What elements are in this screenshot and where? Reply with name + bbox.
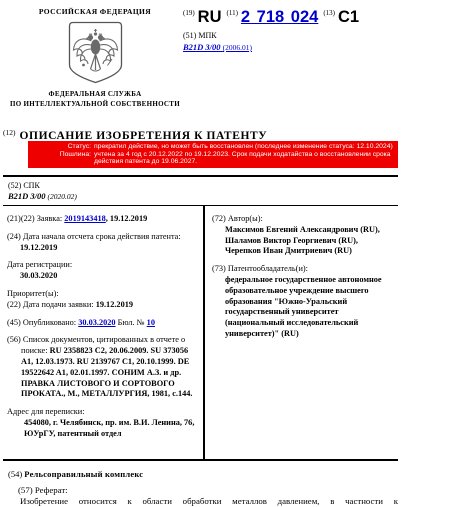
- field-73-label: (73): [212, 264, 226, 273]
- bibliographic-left-column: (21)(22) Заявка: 2019143418, 19.12.2019 …: [7, 214, 201, 440]
- authors-label: Автор(ы):: [228, 214, 263, 223]
- cpc-section-label: (52) СПК: [8, 181, 77, 191]
- ipc-code: B21D 3/00: [183, 42, 221, 52]
- author-name: Максимов Евгений Александрович (RU),: [225, 225, 394, 236]
- publication-date-link[interactable]: 30.03.2020: [78, 318, 115, 327]
- field-13-label: (13): [323, 8, 335, 17]
- coat-of-arms-icon: [68, 21, 123, 84]
- term-start-row: (24) Дата начала отсчета срока действия …: [7, 232, 201, 254]
- bibliographic-right-column: (72) Автор(ы): Максимов Евгений Александ…: [212, 214, 394, 340]
- priority-row: Приоритет(ы): (22) Дата подачи заявки: 1…: [7, 289, 201, 311]
- abstract-heading: (57) Реферат:: [18, 485, 68, 495]
- application-date: , 19.12.2019: [106, 214, 147, 223]
- separator-line: [3, 175, 398, 177]
- field-19-label: (19): [183, 8, 195, 17]
- patent-holder-row: (73) Патентообладатель(и): федеральное г…: [212, 264, 394, 340]
- cpc-version: (2020.02): [48, 192, 77, 201]
- patent-holder-name: федеральное государственное автономное о…: [225, 275, 394, 340]
- status-text: прекратил действие, но может быть восста…: [94, 143, 395, 151]
- application-number-link[interactable]: 2019143418: [64, 214, 105, 223]
- publication-row: (45) Опубликовано: 30.03.2020 Бюл. № 10: [7, 318, 201, 329]
- field-56-label: (56): [7, 335, 21, 344]
- country-name: РОССИЙСКАЯ ФЕДЕРАЦИЯ: [0, 7, 190, 16]
- patent-holder-label: Патентообладатель(и):: [228, 264, 308, 273]
- correspondence-label: Адрес для переписки:: [7, 407, 201, 418]
- correspondence-row: Адрес для переписки: 454080, г. Челябинс…: [7, 407, 201, 439]
- application-label: Заявка:: [37, 214, 62, 223]
- status-row: Статус: прекратил действие, но может быт…: [28, 143, 395, 151]
- publication-number-line: (19) RU (11) 2 718 024 (13) C1: [183, 8, 359, 27]
- kind-code: C1: [338, 8, 359, 27]
- published-label: Опубликовано:: [23, 318, 76, 327]
- agency-name: ФЕДЕРАЛЬНАЯ СЛУЖБА ПО ИНТЕЛЛЕКТУАЛЬНОЙ С…: [0, 90, 190, 109]
- column-divider: [203, 206, 205, 459]
- patent-document: РОССИЙСКАЯ ФЕДЕРАЦИЯ: [0, 0, 455, 507]
- agency-name-line2: ПО ИНТЕЛЛЕКТУАЛЬНОЙ СОБСТВЕННОСТИ: [0, 100, 190, 110]
- bulletin-label: Бюл. №: [118, 318, 145, 327]
- filing-date: 19.12.2019: [96, 300, 133, 309]
- issuing-authority: РОССИЙСКАЯ ФЕДЕРАЦИЯ: [0, 7, 190, 109]
- status-banner: Статус: прекратил действие, но может быт…: [28, 141, 398, 168]
- priority-label: Приоритет(ы):: [7, 289, 201, 300]
- cpc-section: (52) СПК B21D 3/00 (2020.02): [8, 181, 77, 202]
- field-11-label: (11): [227, 8, 238, 17]
- application-row: (21)(22) Заявка: 2019143418, 19.12.2019: [7, 214, 201, 225]
- invention-title: Рельсоправильный комплекс: [24, 469, 143, 479]
- country-code: RU: [198, 8, 222, 27]
- publication-identifiers: (19) RU (11) 2 718 024 (13) C1 (51) МПК …: [183, 8, 359, 52]
- ipc-version: (2006.01): [223, 43, 252, 52]
- field-12-label: (12): [3, 128, 16, 137]
- fee-row: Пошлина: учтена за 4 год с 20.12.2022 по…: [28, 151, 395, 166]
- status-label: Статус:: [28, 143, 94, 151]
- field-22-label: (22): [7, 300, 21, 309]
- correspondence-address: 454080, г. Челябинск, пр. им. В.И. Ленин…: [24, 418, 201, 440]
- field-24-label: (24): [7, 232, 21, 241]
- agency-name-line1: ФЕДЕРАЛЬНАЯ СЛУЖБА: [0, 90, 190, 100]
- citations-row: (56) Список документов, цитированных в о…: [7, 335, 201, 400]
- bibliographic-table: (21)(22) Заявка: 2019143418, 19.12.2019 …: [3, 205, 398, 461]
- registration-row: Дата регистрации: 30.03.2020: [7, 260, 201, 282]
- field-72-label: (72): [212, 214, 226, 223]
- term-start-date: 19.12.2019: [20, 243, 201, 254]
- abstract-text: Изобретение относится к области обработк…: [20, 496, 398, 506]
- term-start-label: Дата начала отсчета срока действия патен…: [23, 232, 181, 241]
- abstract-label: Реферат:: [35, 485, 68, 495]
- author-name: Черепков Иван Дмитриевич (RU): [225, 246, 394, 257]
- ipc-section-label: (51) МПК: [183, 31, 359, 40]
- invention-title-row: (54) Рельсоправильный комплекс: [8, 469, 143, 479]
- ipc-code-link[interactable]: B21D 3/00 (2006.01): [183, 42, 252, 52]
- authors-row: (72) Автор(ы): Максимов Евгений Александ…: [212, 214, 394, 257]
- filing-date-label: Дата подачи заявки:: [23, 300, 94, 309]
- field-57-label: (57): [18, 485, 33, 495]
- field-21-22-label: (21)(22): [7, 214, 35, 223]
- field-45-label: (45): [7, 318, 21, 327]
- registration-label: Дата регистрации:: [7, 260, 201, 271]
- patent-number-link[interactable]: 2 718 024: [241, 8, 318, 27]
- registration-date: 30.03.2020: [20, 271, 201, 282]
- field-54-label: (54): [8, 469, 22, 479]
- bulletin-number-link[interactable]: 10: [147, 318, 155, 327]
- author-name: Шаламов Виктор Георгиевич (RU),: [225, 236, 394, 247]
- fee-label: Пошлина:: [28, 151, 94, 166]
- cpc-code: B21D 3/00: [8, 191, 46, 201]
- fee-text: учтена за 4 год с 20.12.2022 по 19.12.20…: [94, 151, 395, 166]
